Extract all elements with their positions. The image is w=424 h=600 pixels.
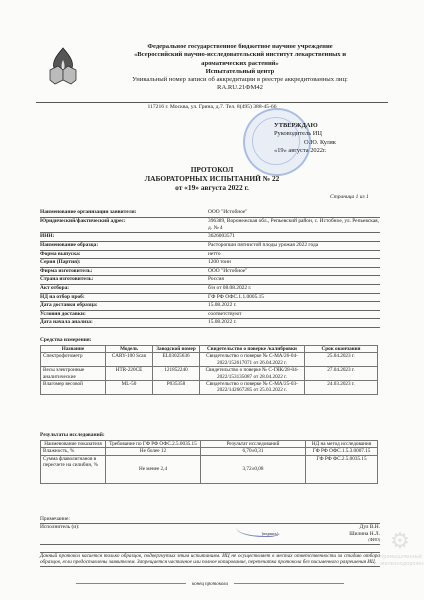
note-row: Примечание: [40,516,380,524]
table-row: Сумма флаволигнанов в пересчете на силиб… [41,455,378,483]
table-cell: Не более 12 [106,448,201,455]
note-label: Примечание: [40,516,70,523]
info-row: Юридический/фактический адрес:396389, Во… [40,218,380,234]
table-cell: EL03025636 [153,353,200,367]
info-value: ГФ РФ ОФС.1.1.0005.15 [208,294,380,302]
info-value: б/н от 08.08.2022 г. [208,285,380,293]
table-cell: ГФ РФ ФС.2.5.0035.15 [306,455,378,483]
table-cell: Свидетельство о поверке № С-МА/25-03-202… [200,381,305,395]
accreditation-number: RA.RU.21ФМ42 [90,84,390,92]
info-label: Дата доставки образца: [40,302,208,310]
info-label: НД на отбор проб: [40,294,208,302]
approval-block: УТВЕРЖДАЮ Руководитель ИЦ О.Ю. Куляк «19… [274,122,336,156]
executor-label: Исполнитель (и): [40,524,230,544]
info-value: 15.08.2022 г. [208,319,380,327]
info-label: ИНН: [40,233,208,241]
table-cell: HTR-220CE [106,367,153,381]
info-row: Наименование организации заявителя:ООО "… [40,209,380,218]
info-label: Форма выпуска: [40,251,208,259]
protocol-title: ПРОТОКОЛ ЛАБОРАТОРНЫХ ИСПЫТАНИЙ № 22 от … [60,165,364,192]
info-value: 3626003571 [208,233,380,241]
approval-title: УТВЕРЖДАЮ [274,122,336,130]
info-label: Акт отбора: [40,285,208,293]
info-row: Дата доставки образца:15.08.2022 г. [40,302,380,311]
info-label: Фирма изготовитель: [40,268,208,276]
info-value: 1200 тонн [208,259,380,267]
document-page: Федеральное государственное бюджетное на… [0,0,424,600]
table-header-row: Наименование показателя Требование по ГФ… [41,441,378,448]
table-cell: Спектрофотометр [41,353,106,367]
header-divider [36,102,388,103]
executor-row: Исполнитель (и): (подпись) Дул В.Н. Шили… [40,524,380,545]
info-row: Условия доставки:соответствуют [40,311,380,320]
table-cell: 24.03.2023 г. [305,381,378,395]
end-of-protocol: конец протокола [40,582,380,587]
page-number: Страница 1 из 1 [330,194,369,200]
watermark: ⚙ промышленный железнодорожный [380,530,420,580]
table-cell: Свидетельство о поверке № С-ГЯК/28-04-20… [200,367,305,381]
column-header: Название [41,346,106,353]
measurement-table: Название Модель Заводской номер Свидетел… [40,345,378,395]
header-line-2: «Всероссийский научно-исследовательский … [90,51,390,59]
info-value: ООО "Истобное" [208,209,380,217]
table-cell: ML-50 [106,381,153,395]
info-label: Страна изготовитель: [40,276,208,284]
results-section-title: Результаты исследований: [40,432,105,438]
table-cell: 27.04.2023 г. [305,367,378,381]
table-cell: CARY-100 Scan [106,353,153,367]
info-row: Дата начала анализа:15.08.2022 г. [40,319,380,328]
approval-name: О.Ю. Куляк [274,139,336,147]
info-row: Форма выпуска:нетто [40,251,380,260]
info-row: НД на отбор проб:ГФ РФ ОФС.1.1.0005.15 [40,294,380,303]
header-line-4: Испытательный центр [90,68,390,76]
watermark-line: промышленный [380,554,420,561]
protocol-footer: Примечание: Исполнитель (и): (подпись) Д… [40,516,380,545]
header-line-5: Уникальный номер записи об аккредитации … [90,76,390,84]
table-cell: Влагомер весовой [41,381,106,395]
table-cell: ГФ РФ ОФС.1.5.3.0007.15 [306,448,378,455]
measurement-section-title: Средства измерения: [40,337,92,343]
protocol-date: от «19» августа 2022 г. [60,183,364,192]
info-value: 396389, Воронежская обл., Репьевский рай… [208,218,380,233]
table-cell: Весы электронные аналитические [41,367,106,381]
column-header: Результат исследований [201,441,306,448]
info-value: Расторопши пятнистой плоды урожая 2022 г… [208,242,380,250]
table-row: Влажность, % Не более 12 6,70±0,31 ГФ РФ… [41,448,378,455]
watermark-line: железнодорожный [380,561,420,568]
disclaimer: Данный протокол касается только образцов… [40,552,380,567]
institute-logo-icon [46,46,80,86]
header-line-1: Федеральное государственное бюджетное на… [90,43,390,51]
approval-date: «19» августа 2022г. [274,147,336,155]
info-row: ИНН:3626003571 [40,233,380,242]
institute-header: Федеральное государственное бюджетное на… [90,43,390,93]
table-cell: 25.04.2023 г. [305,353,378,367]
table-cell: 121852240 [153,367,200,381]
column-header: Срок окончания [305,346,378,353]
protocol-title-line-2: ЛАБОРАТОРНЫХ ИСПЫТАНИЙ № 22 [60,174,364,183]
info-label: Условия доставки: [40,311,208,319]
executor-names: Дул В.Н. Шилина Н.Л. (ФИО) [310,524,380,544]
table-cell: Свидетельство о поверке № С-МА/26-04-202… [200,353,305,367]
results-table: Наименование показателя Требование по ГФ… [40,440,378,484]
info-value: Россия [208,276,380,284]
info-value: 15.08.2022 г. [208,302,380,310]
table-row: Спектрофотометр CARY-100 Scan EL03025636… [41,353,378,367]
info-row: Страна изготовитель:Россия [40,276,380,285]
info-row: Акт отбора:б/н от 08.08.2022 г. [40,285,380,294]
info-label: Наименование организации заявителя: [40,209,208,217]
column-header: Свидетельство о поверке /калибровки [200,346,305,353]
table-cell: 6,70±0,31 [201,448,306,455]
table-cell: Сумма флаволигнанов в пересчете на силиб… [41,455,106,483]
table-cell: Не менее 2,4 [106,455,201,483]
column-header: Требование по ГФ РФ ОФС.2.5.0035.15 [106,441,201,448]
info-label: Дата начала анализа: [40,319,208,327]
sample-info: Наименование организации заявителя:ООО "… [40,209,380,328]
gear-icon: ⚙ [380,530,420,554]
protocol-title-line-1: ПРОТОКОЛ [60,165,364,174]
info-row: Фирма изготовитель:ООО "Истобное" [40,268,380,277]
column-header: НД на метод исследования [306,441,378,448]
table-cell: Влажность, % [41,448,106,455]
fio-caption: (ФИО) [310,537,380,544]
column-header: Наименование показателя [41,441,106,448]
institute-address: 117216 г. Москва, ул. Грина, д.7. Тел. 8… [36,104,388,110]
info-value: нетто [208,251,380,259]
table-row: Влагомер весовой ML-50 P035358 Свидетель… [41,381,378,395]
column-header: Заводской номер [153,346,200,353]
header-line-3: ароматических растений» [90,60,390,68]
info-label: Юридический/фактический адрес: [40,218,208,233]
info-label: Серия (Партия): [40,259,208,267]
info-label: Наименование образца: [40,242,208,250]
table-cell: P035358 [153,381,200,395]
approval-position: Руководитель ИЦ [274,130,336,138]
table-row: Весы электронные аналитические HTR-220CE… [41,367,378,381]
table-cell: 3,72±0,08 [201,455,306,483]
info-row: Серия (Партия):1200 тонн [40,259,380,268]
table-header-row: Название Модель Заводской номер Свидетел… [41,346,378,353]
info-value: ООО "Истобное" [208,268,380,276]
info-row: Наименование образца:Расторопши пятнисто… [40,242,380,251]
info-value: соответствуют [208,311,380,319]
column-header: Модель [106,346,153,353]
